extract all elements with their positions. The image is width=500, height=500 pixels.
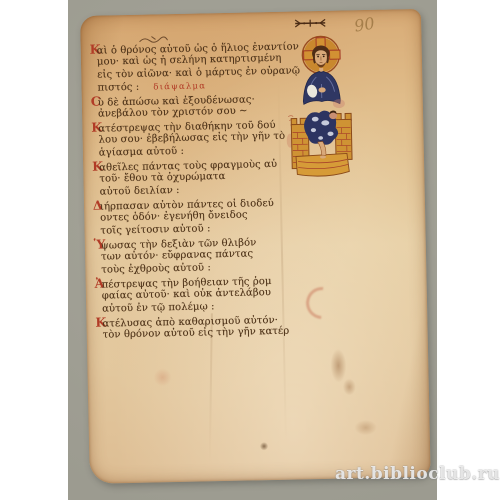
line-text: τοὺς ἐχθροὺς αὐτοῦ : — [101, 262, 211, 275]
dark-spot-stain — [260, 442, 268, 450]
line-text: τοῦ· ἔθου τὰ ὀχυρώματα — [99, 171, 225, 185]
line-text: των αὐτόν· εὔφρανας πάντας — [101, 248, 253, 262]
parchment-page: 90 — [80, 9, 431, 484]
line-text: ἁγίασμα αὐτοῦ : — [99, 146, 184, 159]
line-text: τοῖς γείτοσιν αὐτοῦ : — [100, 223, 210, 236]
line-text: αὐτοῦ δειλίαν : — [100, 185, 180, 198]
rubric-text: διάψαλμα — [153, 81, 206, 92]
manuscript-photo: 90 — [68, 0, 437, 500]
screenshot-root: 90 — [0, 0, 500, 500]
line-text: φαίας αὐτοῦ· καὶ οὐκ ἀντελάβου — [102, 287, 271, 302]
watermark: art.biblioclub.ru — [335, 464, 500, 484]
line-text: πιστός : — [97, 82, 139, 94]
psalm-text-block: Καὶ ὁ θρόνος αὐτοῦ ὡς ὁ ἥλιος ἐναντίονμο… — [90, 38, 328, 342]
line-text: τὸν θρόνον αὐτοῦ εἰς τὴν γῆν κατέρ — [103, 326, 290, 341]
line-text: οντες ὁδόν· ἐγενήθη ὄνειδος — [100, 210, 248, 224]
brown-stain — [330, 349, 347, 383]
brown-stain — [355, 420, 377, 435]
brown-stain — [343, 378, 356, 395]
faint-stain — [153, 368, 171, 386]
